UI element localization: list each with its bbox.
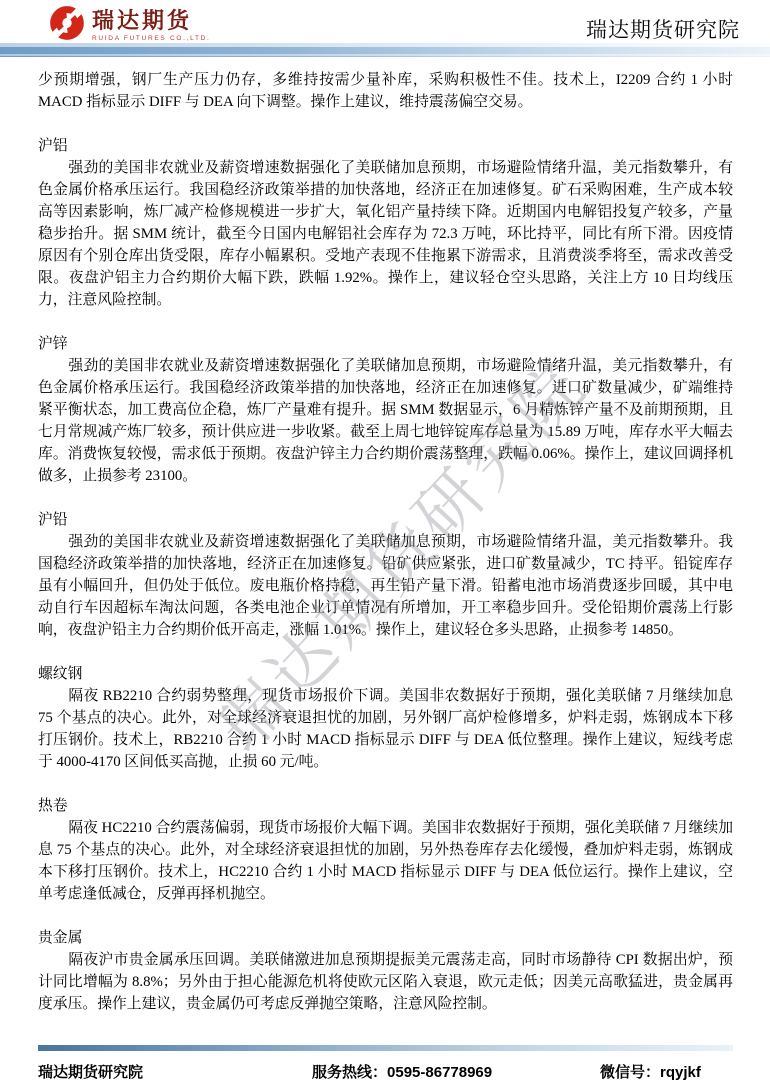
report-body: 少预期增强，钢厂生产压力仍存，多维持按需少量补库，采购积极性不佳。技术上，I22…: [38, 57, 733, 1015]
research-institute-title: 瑞达期货研究院: [586, 14, 740, 44]
footer-hotline-number: 0595-86778969: [387, 1064, 492, 1081]
paragraph: 强劲的美国非农就业及薪资增速数据强化了美联储加息预期，市场避险情绪升温，美元指数…: [38, 531, 733, 641]
paragraph: 隔夜 RB2210 合约弱势整理，现货市场报价下调。美国非农数据好于预期，强化美…: [38, 685, 733, 773]
section-shanghai-lead: 沪铅 强劲的美国非农就业及薪资增速数据强化了美联储加息预期，市场避险情绪升温，美…: [38, 509, 733, 641]
footer-divider-bar: [38, 1045, 733, 1051]
page-footer: 瑞达期货研究院 服务热线：0595-86778969 微信号：rqyjkf: [0, 1045, 770, 1089]
logo-text: 瑞达期货 RUIDA FUTURES CO.,LTD.: [92, 4, 211, 42]
page-header: 瑞达期货 RUIDA FUTURES CO.,LTD. 瑞达期货研究院: [0, 0, 770, 57]
company-logo: 瑞达期货 RUIDA FUTURES CO.,LTD.: [48, 4, 211, 42]
footer-hotline-label: 服务热线：: [312, 1064, 387, 1081]
section-heading: 沪铅: [38, 509, 733, 531]
footer-wechat-id: rqyjkf: [660, 1064, 701, 1081]
footer-wechat: 微信号：rqyjkf: [600, 1061, 701, 1082]
report-page: 瑞达期货 RUIDA FUTURES CO.,LTD. 瑞达期货研究院 瑞达期货…: [0, 0, 770, 1089]
header-divider-bar: [0, 43, 770, 57]
section-heading: 螺纹钢: [38, 663, 733, 685]
brand-name: 瑞达期货: [92, 8, 211, 33]
footer-wechat-label: 微信号：: [600, 1064, 660, 1081]
paragraph: 少预期增强，钢厂生产压力仍存，多维持按需少量补库，采购积极性不佳。技术上，I22…: [38, 69, 733, 113]
section-heading: 沪锌: [38, 333, 733, 355]
section-rebar: 螺纹钢 隔夜 RB2210 合约弱势整理，现货市场报价下调。美国非农数据好于预期…: [38, 663, 733, 773]
footer-institute: 瑞达期货研究院: [38, 1061, 143, 1082]
section-heading: 贵金属: [38, 927, 733, 949]
section-hot-coil: 热卷 隔夜 HC2210 合约震荡偏弱，现货市场报价大幅下调。美国非农数据好于预…: [38, 795, 733, 905]
section-precious-metals: 贵金属 隔夜沪市贵金属承压回调。美联储激进加息预期提振美元震荡走高，同时市场静待…: [38, 927, 733, 1015]
paragraph: 强劲的美国非农就业及薪资增速数据强化了美联储加息预期，市场避险情绪升温，美元指数…: [38, 355, 733, 487]
section-continuation: 少预期增强，钢厂生产压力仍存，多维持按需少量补库，采购积极性不佳。技术上，I22…: [38, 69, 733, 113]
paragraph: 强劲的美国非农就业及薪资增速数据强化了美联储加息预期，市场避险情绪升温，美元指数…: [38, 157, 733, 311]
footer-hotline: 服务热线：0595-86778969: [312, 1061, 492, 1082]
ruida-logo-icon: [48, 4, 86, 42]
section-heading: 沪铝: [38, 135, 733, 157]
paragraph: 隔夜沪市贵金属承压回调。美联储激进加息预期提振美元震荡走高，同时市场静待 CPI…: [38, 949, 733, 1015]
brand-name-en: RUIDA FUTURES CO.,LTD.: [92, 35, 211, 42]
footer-row: 瑞达期货研究院 服务热线：0595-86778969 微信号：rqyjkf: [0, 1059, 770, 1089]
paragraph: 隔夜 HC2210 合约震荡偏弱，现货市场报价大幅下调。美国非农数据好于预期，强…: [38, 817, 733, 905]
section-heading: 热卷: [38, 795, 733, 817]
section-shanghai-zinc: 沪锌 强劲的美国非农就业及薪资增速数据强化了美联储加息预期，市场避险情绪升温，美…: [38, 333, 733, 487]
section-shanghai-aluminum: 沪铝 强劲的美国非农就业及薪资增速数据强化了美联储加息预期，市场避险情绪升温，美…: [38, 135, 733, 311]
